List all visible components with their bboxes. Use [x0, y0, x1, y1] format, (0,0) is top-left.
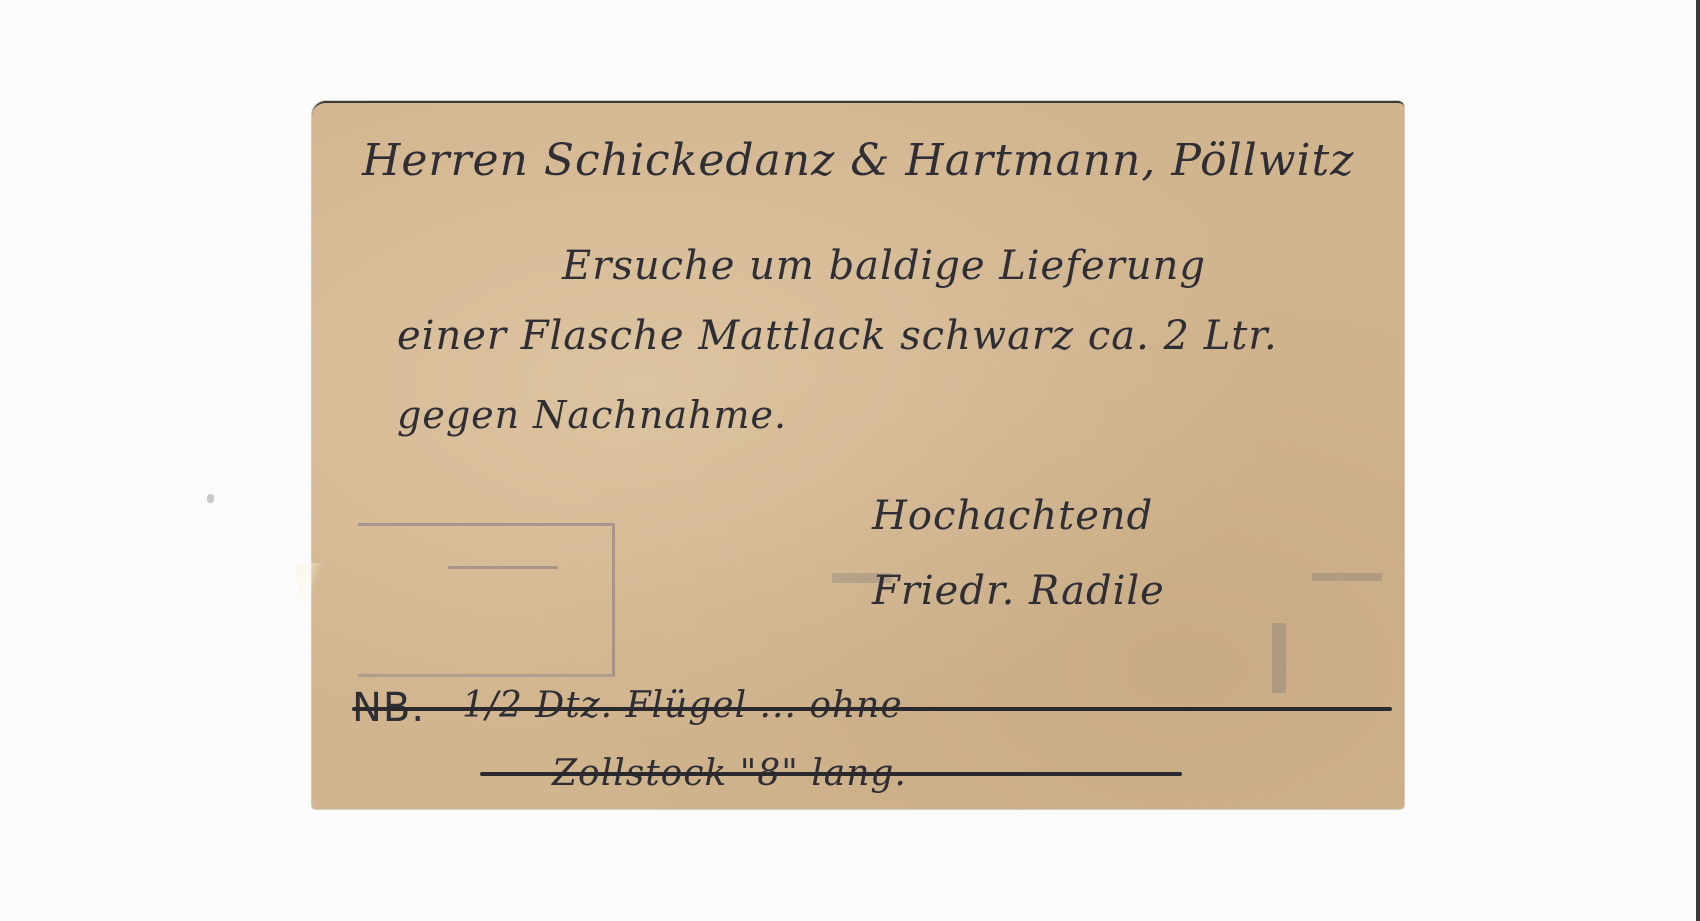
stamp-dash [448, 566, 558, 569]
signature: Friedr. Radile [872, 568, 1165, 614]
faded-stamp-box [358, 523, 615, 677]
faint-postmark [1312, 573, 1382, 581]
body-line: Ersuche um baldige Lieferung [562, 243, 1206, 289]
body-line: einer Flasche Mattlack schwarz ca. 2 Ltr… [397, 313, 1278, 359]
address-line: Herren Schickedanz & Hartmann, Pöllwitz [362, 135, 1354, 186]
strikethrough-line [352, 707, 1392, 711]
body-line: gegen Nachnahme. [397, 393, 787, 437]
faint-postmark [1272, 623, 1286, 693]
postcard: Herren Schickedanz & Hartmann, Pöllwitz … [312, 101, 1404, 809]
strikethrough-line [480, 772, 1182, 776]
scan-edge [1696, 0, 1700, 921]
scan-speck [207, 494, 214, 503]
closing: Hochachtend [872, 493, 1153, 539]
postscript-line: 1/2 Dtz. Flügel ... ohne [462, 685, 903, 726]
